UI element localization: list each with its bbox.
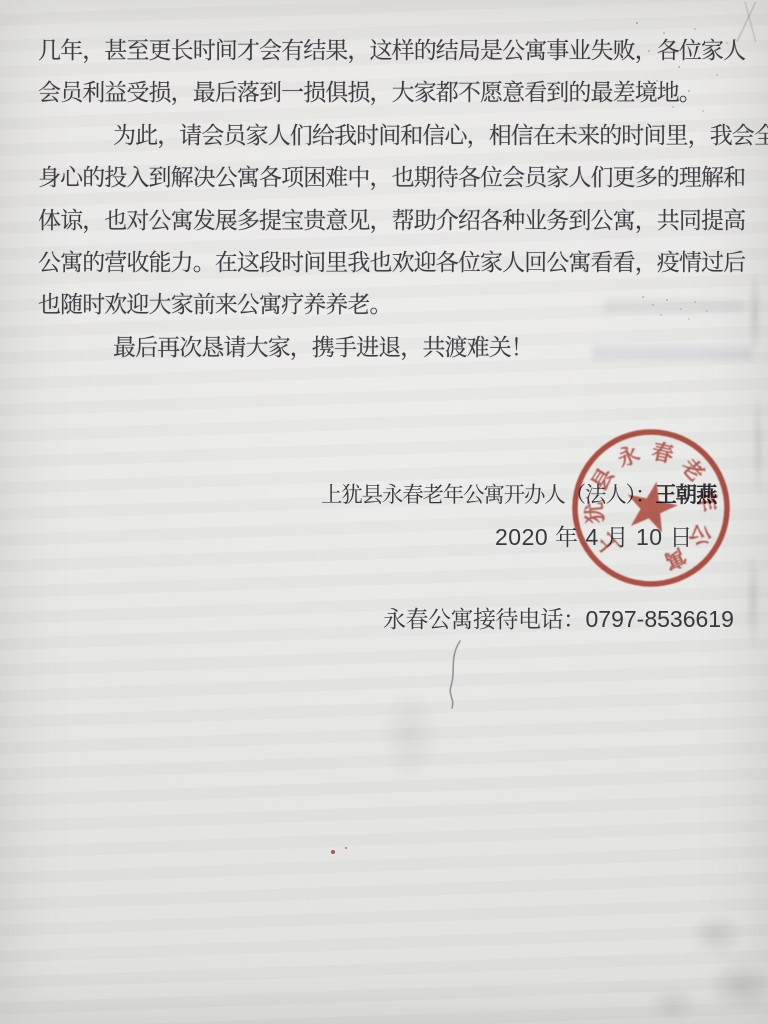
signer-name: 王朝燕 <box>655 483 716 507</box>
scan-smudge <box>380 690 440 780</box>
letter-line: 几年，甚至更长时间才会有结果，这样的结局是公寓事业失败，各位家人 <box>38 30 748 72</box>
contact-line: 永春公寓接待电话：0797-8536619 <box>383 601 734 634</box>
letter-line: 身心的投入到解决公寓各项困难中，也期待各位会员家人们更多的理解和 <box>38 157 748 199</box>
signature-prefix: 上犹县永春老年公寓开办人（法人）： <box>321 483 655 507</box>
letter-body: 几年，甚至更长时间才会有结果，这样的结局是公寓事业失败，各位家人会员利益受损，最… <box>38 30 748 369</box>
seal-character: 永 <box>614 441 644 472</box>
scanned-letter-page: 几年，甚至更长时间才会有结果，这样的结局是公寓事业失败，各位家人会员利益受损，最… <box>0 0 768 1024</box>
seal-character: 春 <box>650 438 677 467</box>
letter-line: 体谅，也对公寓发展多提宝贵意见，帮助介绍各种业务到公寓，共同提高 <box>38 200 748 242</box>
red-ink-dots <box>331 850 335 854</box>
scan-speckle-cluster <box>636 22 638 24</box>
letter-line: 也随时欢迎大家前来公寓疗养养老。 <box>38 284 748 326</box>
letter-line: 为此，请会员家人们给我时间和信心，相信在未来的时间里，我会全 <box>38 115 748 157</box>
signature-line: 上犹县永春老年公寓开办人（法人）：王朝燕 <box>321 478 716 509</box>
letter-line: 会员利益受损，最后落到一损俱损，大家都不愿意看到的最差境地。 <box>38 72 748 114</box>
scan-fiber-squiggle <box>440 638 484 712</box>
contact-number: 0797-8536619 <box>586 606 734 632</box>
letter-line: 公寓的营收能力。在这段时间里我也欢迎各位家人回公寓看看，疫情过后 <box>38 242 748 284</box>
contact-label: 永春公寓接待电话： <box>383 607 586 632</box>
signature-date: 2020 年 4 月 10 日 <box>495 519 693 552</box>
scan-smudge <box>596 896 768 1024</box>
letter-line: 最后再次恳请大家，携手进退，共渡难关！ <box>38 327 748 369</box>
